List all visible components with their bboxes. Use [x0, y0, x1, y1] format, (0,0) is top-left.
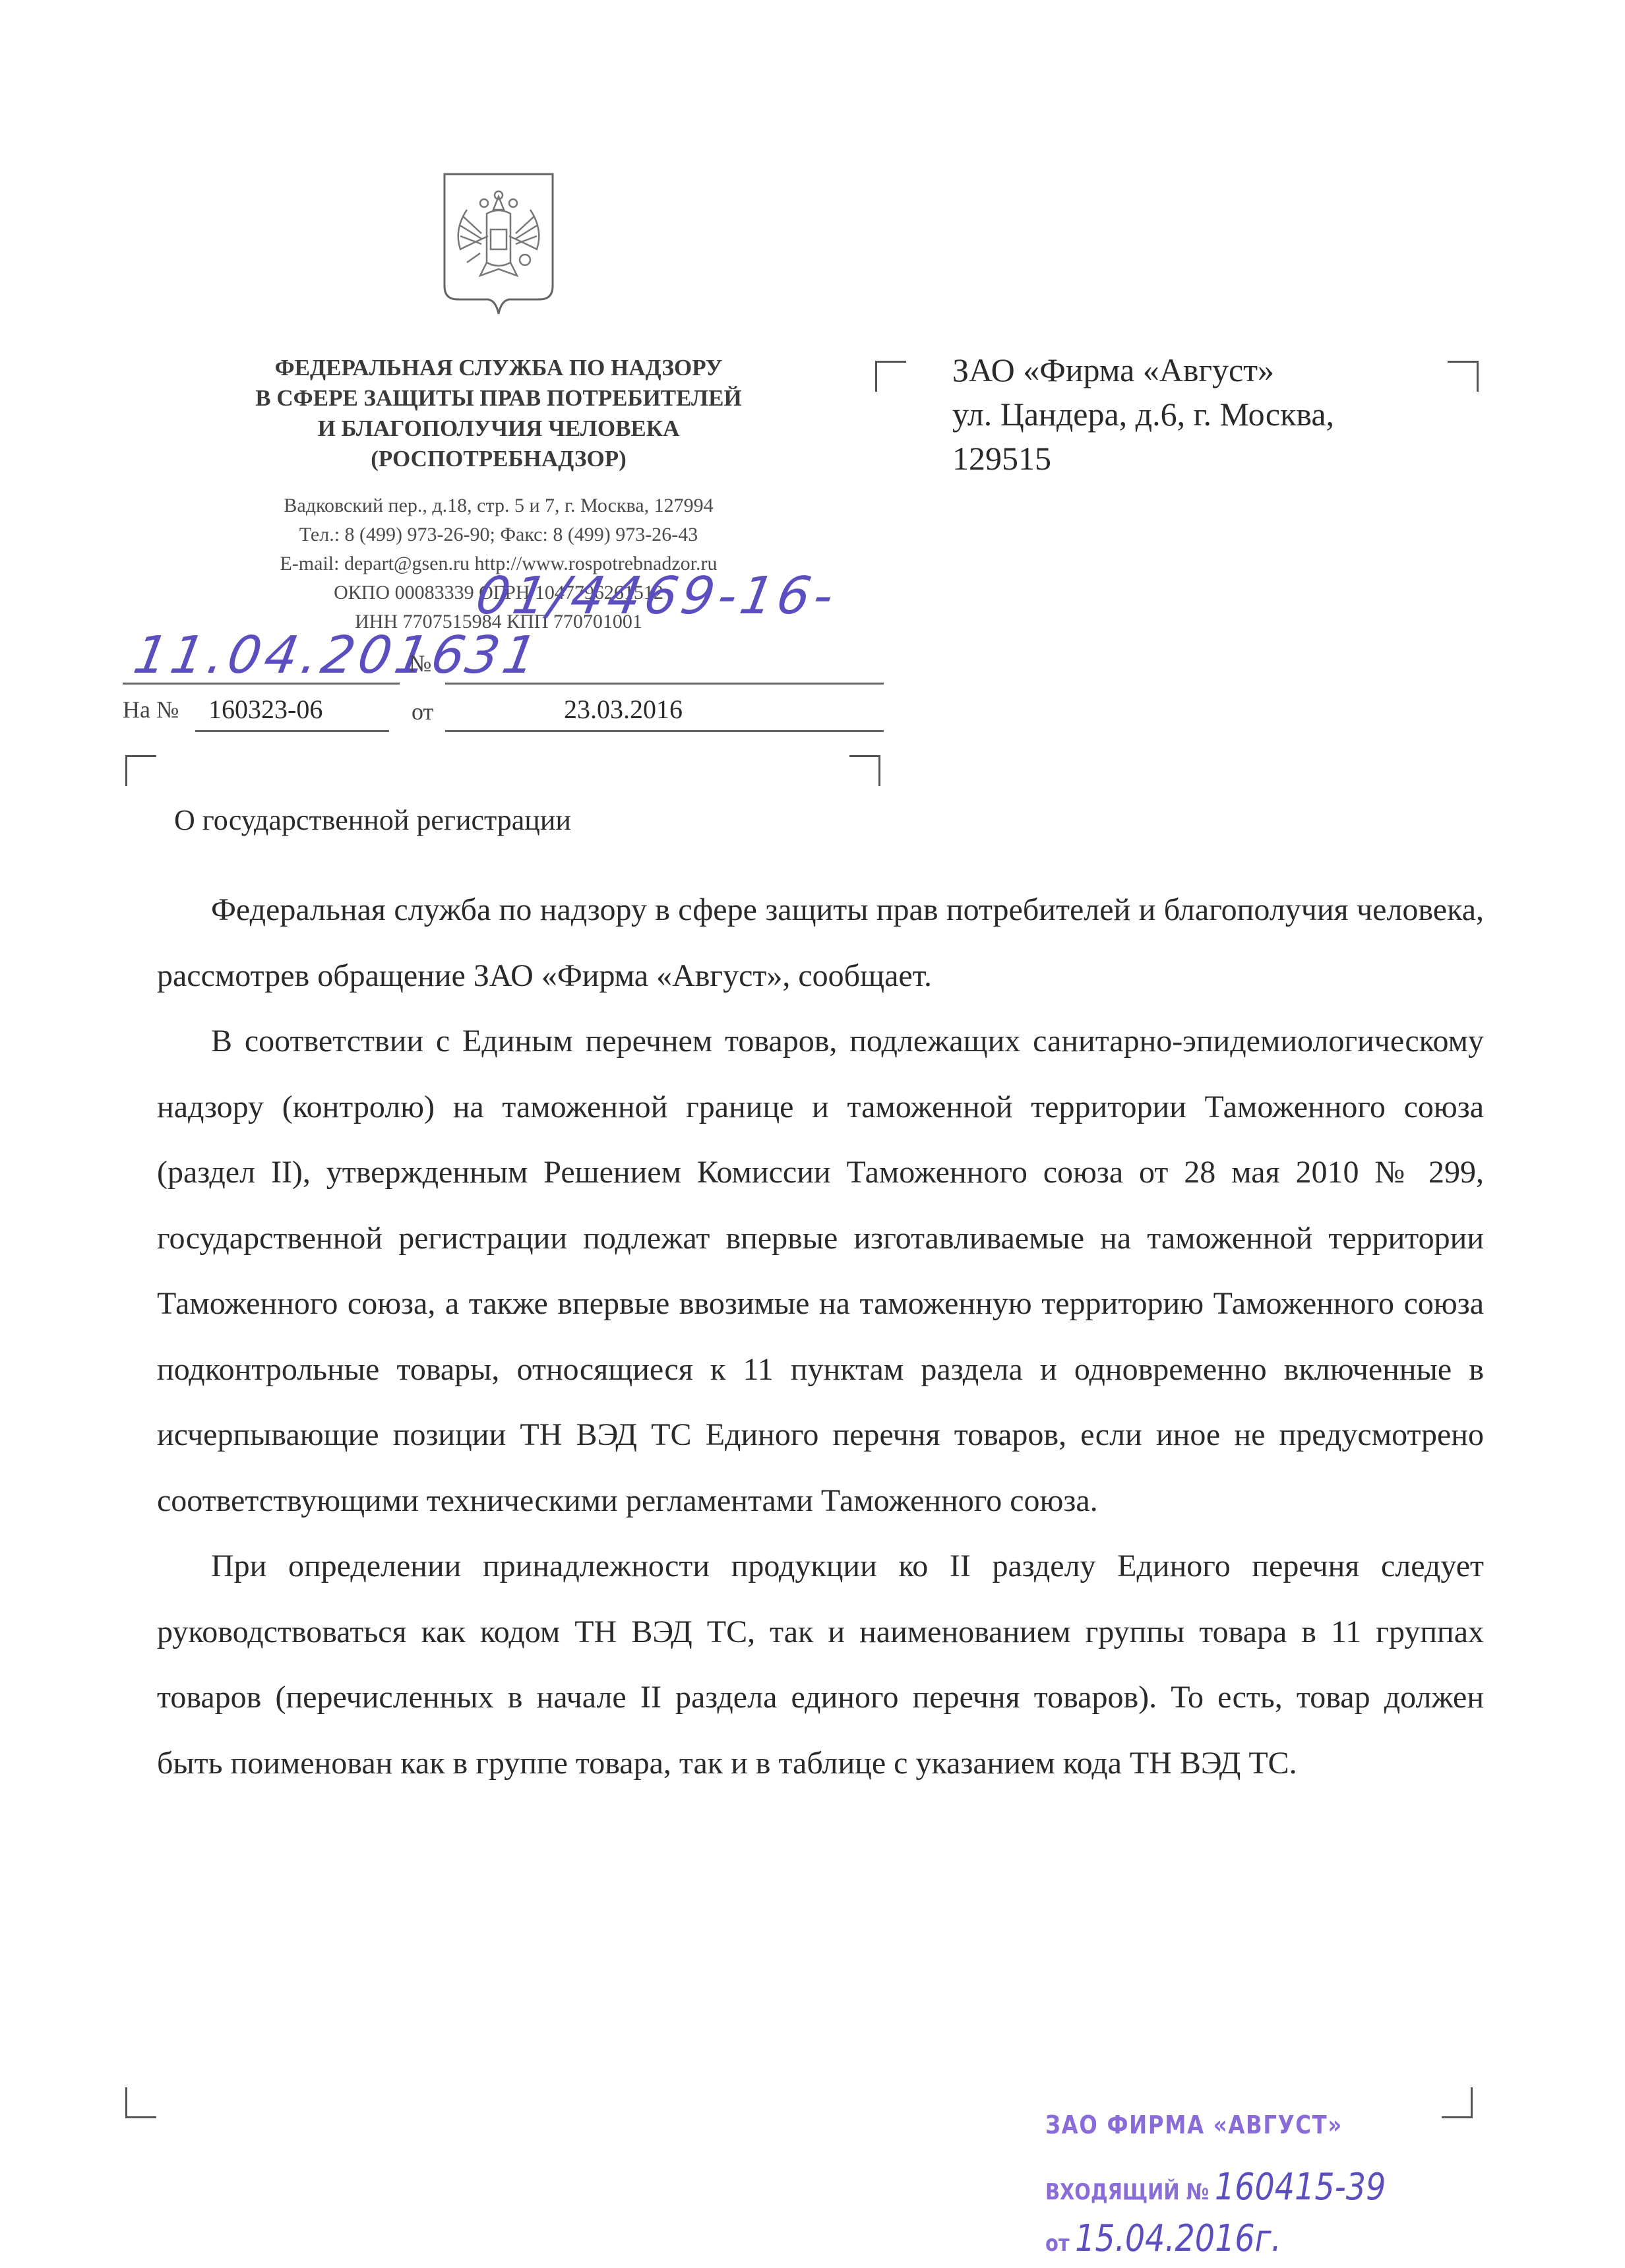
org-address: Вадковский пер., д.18, стр. 5 и 7, г. Мо…	[169, 491, 828, 520]
letter-subject: О государственной регистрации	[174, 803, 571, 837]
stamp-incoming-number: ВХОДЯЩИЙ №160415-39	[1045, 2166, 1386, 2209]
addressee-bracket-right	[1448, 361, 1479, 392]
org-name-line: И БЛАГОПОЛУЧИЯ ЧЕЛОВЕКА	[169, 414, 828, 444]
org-name-line: ФЕДЕРАЛЬНАЯ СЛУЖБА ПО НАДЗОРУ	[169, 353, 828, 383]
addressee-postcode: 129515	[952, 437, 1334, 481]
stamp-incoming-label: ВХОДЯЩИЙ №	[1045, 2179, 1209, 2205]
addressee-company: ЗАО «Фирма «Август»	[952, 348, 1334, 392]
reply-to-date: 23.03.2016	[564, 694, 683, 725]
org-name: ФЕДЕРАЛЬНАЯ СЛУЖБА ПО НАДЗОРУ В СФЕРЕ ЗА…	[169, 353, 828, 474]
stamp-company: ЗАО ФИРМА «АВГУСТ»	[1045, 2110, 1343, 2139]
reply-to-label: На №	[123, 696, 179, 723]
russian-coat-of-arms-icon	[441, 170, 557, 318]
stamp-date-label: от	[1045, 2230, 1070, 2257]
reply-to-number-field: 160323-06	[195, 676, 389, 732]
corner-bracket-top-left	[125, 755, 156, 786]
stamp-date-value: 15.04.2016г.	[1075, 2217, 1281, 2260]
body-paragraph: Федеральная служба по надзору в сфере за…	[157, 877, 1484, 1008]
body-paragraph: При определении принадлежности продукции…	[157, 1533, 1484, 1796]
stamp-incoming-value: 160415-39	[1215, 2166, 1386, 2209]
outgoing-number-handwritten: 01/4469-16-31	[461, 567, 894, 685]
outgoing-date-field: 11.04.2016	[123, 617, 400, 685]
outgoing-number-field: 01/4469-16-31	[445, 617, 884, 685]
org-name-line: (РОСПОТРЕБНАДЗОР)	[169, 444, 828, 474]
corner-bracket-bottom-right	[1442, 2087, 1473, 2118]
reply-to-date-field: 23.03.2016	[445, 676, 884, 732]
addressee-block: ЗАО «Фирма «Август» ул. Цандера, д.6, г.…	[952, 348, 1334, 481]
org-name-line: В СФЕРЕ ЗАЩИТЫ ПРАВ ПОТРЕБИТЕЛЕЙ	[169, 383, 828, 414]
number-sign-label: №	[409, 650, 431, 677]
body-paragraph: В соответствии с Единым перечнем товаров…	[157, 1008, 1484, 1533]
corner-bracket-bottom-left	[125, 2087, 156, 2118]
stamp-incoming-date: от15.04.2016г.	[1045, 2217, 1281, 2260]
org-phone-fax: Тел.: 8 (499) 973-26-90; Факс: 8 (499) 9…	[169, 520, 828, 549]
corner-bracket-top-right	[849, 755, 880, 786]
reply-to-number: 160323-06	[208, 694, 322, 725]
addressee-bracket-left	[875, 361, 906, 392]
letter-body: Федеральная служба по надзору в сфере за…	[157, 877, 1484, 1796]
addressee-street: ул. Цандера, д.6, г. Москва,	[952, 392, 1334, 437]
from-label: от	[412, 698, 433, 725]
